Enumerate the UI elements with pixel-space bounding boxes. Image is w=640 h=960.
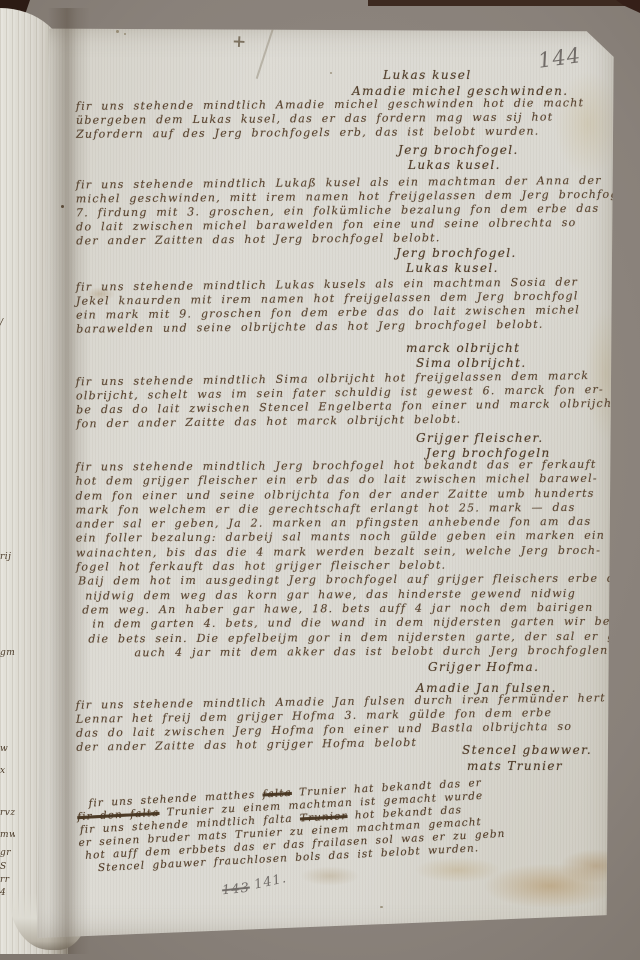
entry1-signature-2: Lukas kusel. xyxy=(408,158,501,172)
entry5-text: fir uns stehende mindtlich Jerg brochfog… xyxy=(75,457,640,660)
paper-speck xyxy=(116,30,119,33)
paper-speck xyxy=(124,33,126,35)
fold-crease xyxy=(588,23,619,56)
margin-fragment: gr xyxy=(0,848,15,858)
text-line: Zufordern auf des Jerg brochfogels erb, … xyxy=(76,124,584,141)
margin-fragment: gmk xyxy=(0,648,15,658)
margin-fragment: / xyxy=(0,318,15,328)
entry4-text: fir uns stehende mindtlich Sima olbrijch… xyxy=(76,369,626,431)
entry1-heading-line1: Lukas kusel xyxy=(383,68,472,82)
gutter-shadow xyxy=(48,8,90,954)
entry2-text: fir uns stehende mindtlich Lukaß kusel a… xyxy=(76,174,632,248)
margin-fragment: x xyxy=(0,766,15,776)
margin-fragment: rij xyxy=(0,552,15,562)
text-line: auch 4 jar mit dem akker das ist belobt … xyxy=(76,643,640,660)
paper-speck xyxy=(380,906,383,908)
dog-ear-fold xyxy=(586,26,616,58)
book-cover-corner-right xyxy=(616,0,640,13)
manuscript-page: + 144 Lukas kusel Amadie michel geschwin… xyxy=(30,24,616,938)
entry2-signature-2: Lukas kusel. xyxy=(406,261,499,275)
entry3-text: fir uns stehende mindtlich Lukas kusels … xyxy=(76,275,581,336)
folio-number: 144 xyxy=(537,43,583,73)
struck-word: falta xyxy=(262,787,292,801)
foliation-note: 143141. xyxy=(221,877,288,899)
entry3-signature-1: marck olbrijcht xyxy=(406,341,520,355)
margin-fragment: rr xyxy=(0,875,15,885)
text-line: wainachten, bis das die 4 mark werden be… xyxy=(76,543,640,560)
entry4-signature-1: Grijger fleischer. xyxy=(416,431,544,445)
margin-fragment: S xyxy=(0,862,15,872)
book-cover-edge-top xyxy=(368,0,640,6)
struck-word: Trunier xyxy=(300,810,348,824)
cross-mark-icon: + xyxy=(231,32,246,53)
margin-fragment: w xyxy=(0,744,15,754)
paper-speck xyxy=(330,72,332,74)
entry2-signature-1: Jerg brochfogel. xyxy=(396,246,517,260)
entry6-signature-2: mats Trunier xyxy=(467,759,563,773)
entry5-signature-1: Grijger Hofma. xyxy=(428,660,539,674)
entry7-text: fir uns stehende matthes falta Trunier h… xyxy=(76,776,506,876)
new-folio-number: 141. xyxy=(253,871,288,893)
entry1-signature-1: Jerg brochfogel. xyxy=(398,143,519,157)
paper-speck xyxy=(480,700,482,703)
margin-dot xyxy=(61,205,64,208)
entry6-signature-1: Stencel gbawwer. xyxy=(462,743,592,757)
entry1-text: fir uns stehende mindtlich Amadie michel… xyxy=(76,96,585,141)
margin-fragment: rvz xyxy=(0,808,15,818)
margin-fragment: 4 xyxy=(0,888,15,898)
paper-crease xyxy=(256,27,275,79)
margin-fragment: mw xyxy=(0,830,15,840)
entry3-signature-2: Sima olbrijcht. xyxy=(416,356,527,370)
manuscript-photo: + 144 Lukas kusel Amadie michel geschwin… xyxy=(0,0,640,960)
old-folio-number: 143 xyxy=(221,881,250,899)
